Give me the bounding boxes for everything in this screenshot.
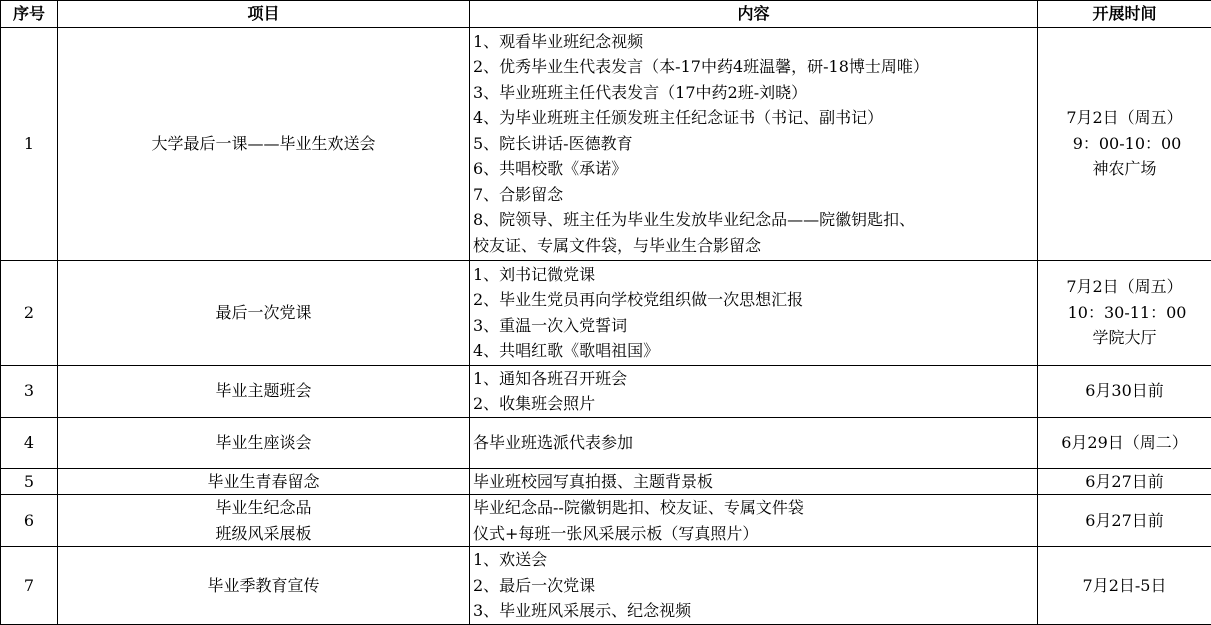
activity-schedule-table: 序号 项目 内容 开展时间 1 大学最后一课——毕业生欢送会 1、观看毕业班纪念…	[0, 0, 1211, 625]
item-line: 毕业生青春留念	[58, 469, 469, 495]
row-index: 4	[1, 417, 58, 468]
item-line: 最后一次党课	[58, 300, 469, 326]
content-line: 2、收集班会照片	[473, 391, 1037, 417]
item-line: 毕业主题班会	[58, 378, 469, 404]
item-line: 班级风采展板	[58, 521, 469, 547]
time-line: 6月30日前	[1038, 378, 1211, 404]
content-line: 6、共唱校歌《承诺》	[473, 156, 1037, 182]
row-time: 6月29日（周二）	[1038, 417, 1211, 468]
table-row: 6 毕业生纪念品 班级风采展板 毕业纪念品--院徽钥匙扣、校友证、专属文件袋 仪…	[1, 495, 1211, 547]
row-index: 2	[1, 260, 58, 365]
content-line: 2、优秀毕业生代表发言（本-17中药4班温馨，研-18博士周唯）	[473, 54, 1037, 80]
header-time: 开展时间	[1038, 1, 1211, 28]
table-row: 2 最后一次党课 1、刘书记微党课 2、毕业生党员再向学校党组织做一次思想汇报 …	[1, 260, 1211, 365]
row-item: 毕业季教育宣传	[58, 547, 470, 625]
header-item: 项目	[58, 1, 470, 28]
row-time: 7月2日-5日	[1038, 547, 1211, 625]
row-item: 大学最后一课——毕业生欢送会	[58, 27, 470, 260]
row-time: 6月27日前	[1038, 495, 1211, 547]
row-item: 毕业主题班会	[58, 365, 470, 417]
content-line: 毕业班校园写真拍摄、主题背景板	[473, 469, 1037, 495]
row-content: 1、通知各班召开班会 2、收集班会照片	[470, 365, 1038, 417]
table-row: 4 毕业生座谈会 各毕业班选派代表参加 6月29日（周二）	[1, 417, 1211, 468]
content-line: 1、欢送会	[473, 547, 1037, 573]
row-time: 7月2日（周五） 10：30-11：00 学院大厅	[1038, 260, 1211, 365]
row-time: 6月30日前	[1038, 365, 1211, 417]
time-line: 9：00-10：00	[1038, 131, 1211, 157]
time-line: 学院大厅	[1038, 325, 1211, 351]
content-line: 5、院长讲话-医德教育	[473, 131, 1037, 157]
content-line: 8、院领导、班主任为毕业生发放毕业纪念品——院徽钥匙扣、	[473, 207, 1037, 233]
time-line: 7月2日-5日	[1038, 573, 1211, 599]
content-line: 1、观看毕业班纪念视频	[473, 29, 1037, 55]
content-line: 毕业纪念品--院徽钥匙扣、校友证、专属文件袋	[473, 495, 1037, 521]
time-line: 10：30-11：00	[1038, 300, 1211, 326]
table-row: 7 毕业季教育宣传 1、欢送会 2、最后一次党课 3、毕业班风采展示、纪念视频 …	[1, 547, 1211, 625]
content-line: 4、为毕业班班主任颁发班主任纪念证书（书记、副书记）	[473, 105, 1037, 131]
row-content: 毕业班校园写真拍摄、主题背景板	[470, 468, 1038, 495]
row-item: 毕业生纪念品 班级风采展板	[58, 495, 470, 547]
header-content: 内容	[470, 1, 1038, 28]
time-line: 6月27日前	[1038, 469, 1211, 495]
content-line: 4、共唱红歌《歌唱祖国》	[473, 338, 1037, 364]
time-line: 7月2日（周五）	[1038, 105, 1211, 131]
header-row: 序号 项目 内容 开展时间	[1, 1, 1211, 28]
row-item: 最后一次党课	[58, 260, 470, 365]
content-line: 1、刘书记微党课	[473, 262, 1037, 288]
row-index: 3	[1, 365, 58, 417]
content-line: 3、重温一次入党誓词	[473, 313, 1037, 339]
content-line: 仪式+每班一张风采展示板（写真照片）	[473, 521, 1037, 547]
row-time: 7月2日（周五） 9：00-10：00 神农广场	[1038, 27, 1211, 260]
item-line: 大学最后一课——毕业生欢送会	[58, 131, 469, 157]
row-content: 各毕业班选派代表参加	[470, 417, 1038, 468]
table-row: 3 毕业主题班会 1、通知各班召开班会 2、收集班会照片 6月30日前	[1, 365, 1211, 417]
content-line: 3、毕业班风采展示、纪念视频	[473, 598, 1037, 624]
content-line: 3、毕业班班主任代表发言（17中药2班-刘晓）	[473, 80, 1037, 106]
time-line: 神农广场	[1038, 156, 1211, 182]
row-index: 7	[1, 547, 58, 625]
time-line: 6月27日前	[1038, 508, 1211, 534]
content-line: 2、最后一次党课	[473, 573, 1037, 599]
table-row: 5 毕业生青春留念 毕业班校园写真拍摄、主题背景板 6月27日前	[1, 468, 1211, 495]
row-index: 1	[1, 27, 58, 260]
row-content: 1、观看毕业班纪念视频 2、优秀毕业生代表发言（本-17中药4班温馨，研-18博…	[470, 27, 1038, 260]
time-line: 6月29日（周二）	[1038, 430, 1211, 456]
row-content: 毕业纪念品--院徽钥匙扣、校友证、专属文件袋 仪式+每班一张风采展示板（写真照片…	[470, 495, 1038, 547]
row-time: 6月27日前	[1038, 468, 1211, 495]
row-content: 1、刘书记微党课 2、毕业生党员再向学校党组织做一次思想汇报 3、重温一次入党誓…	[470, 260, 1038, 365]
row-item: 毕业生座谈会	[58, 417, 470, 468]
item-line: 毕业生座谈会	[58, 430, 469, 456]
row-item: 毕业生青春留念	[58, 468, 470, 495]
item-line: 毕业季教育宣传	[58, 573, 469, 599]
row-index: 5	[1, 468, 58, 495]
item-line: 毕业生纪念品	[58, 495, 469, 521]
time-line: 7月2日（周五）	[1038, 274, 1211, 300]
table-row: 1 大学最后一课——毕业生欢送会 1、观看毕业班纪念视频 2、优秀毕业生代表发言…	[1, 27, 1211, 260]
header-index: 序号	[1, 1, 58, 28]
content-line: 校友证、专属文件袋，与毕业生合影留念	[473, 233, 1037, 259]
content-line: 各毕业班选派代表参加	[473, 430, 1037, 456]
row-index: 6	[1, 495, 58, 547]
content-line: 2、毕业生党员再向学校党组织做一次思想汇报	[473, 287, 1037, 313]
content-line: 1、通知各班召开班会	[473, 366, 1037, 392]
content-line: 7、合影留念	[473, 182, 1037, 208]
row-content: 1、欢送会 2、最后一次党课 3、毕业班风采展示、纪念视频	[470, 547, 1038, 625]
